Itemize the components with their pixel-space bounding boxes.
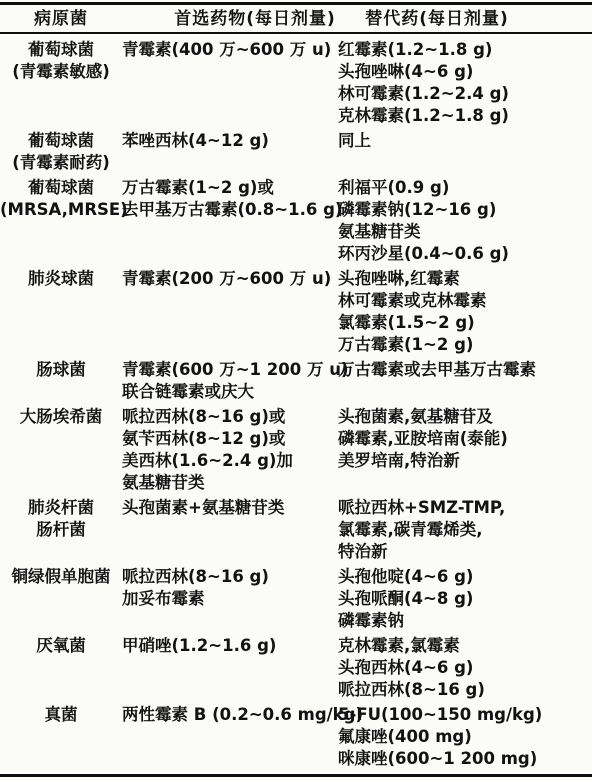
alternative-line: 环丙沙星(0.4~0.6 g) [338,243,592,265]
alternative-line: 林可霉素(1.2~2.4 g) [338,83,592,105]
pathogen-line: 葡萄球菌 [0,39,122,61]
alternatives-cell: 同上 [338,130,592,174]
header-first-choice-drug: 首选药物(每日剂量) [122,9,338,29]
first-choice-line: 万古霉素(1~2 g)或 [122,177,338,199]
pathogen-line: 肺炎杆菌 [0,497,122,519]
first-choice-line: 联合链霉素或庆大 [122,381,338,403]
pathogen-line: 厌氧菌 [0,635,122,657]
pathogen-cell: 大肠埃希菌 [0,406,122,494]
first-choice-cell: 青霉素(200 万~600 万 u) [122,268,338,356]
pathogen-line: (青霉素敏感) [0,61,122,83]
pathogen-cell: 葡萄球菌(MRSA,MRSE) [0,177,122,265]
first-choice-line: 青霉素(200 万~600 万 u) [122,268,338,290]
table-row: 葡萄球菌(青霉素敏感) 青霉素(400 万~600 万 u) 红霉素(1.2~1… [0,39,592,127]
pathogen-cell: 肺炎球菌 [0,268,122,356]
pathogen-line: 葡萄球菌 [0,130,122,152]
table-row: 葡萄球菌(MRSA,MRSE) 万古霉素(1~2 g)或去甲基万古霉素(0.8~… [0,177,592,265]
alternative-line: 氨基糖苷类 [338,221,592,243]
alternatives-cell: 利福平(0.9 g)磷霉素钠(12~16 g)氨基糖苷类环丙沙星(0.4~0.6… [338,177,592,265]
alternative-line: 红霉素(1.2~1.8 g) [338,39,592,61]
alternative-line: 克林霉素,氯霉素 [338,635,592,657]
alternatives-cell: 头孢唑啉,红霉素林可霉素或克林霉素氯霉素(1.5~2 g)万古霉素(1~2 g) [338,268,592,356]
alternative-line: 氟康唑(400 mg) [338,726,592,748]
alternative-line: 万古霉素(1~2 g) [338,334,592,356]
alternative-line: 利福平(0.9 g) [338,177,592,199]
alternative-line: 氯霉素(1.5~2 g) [338,312,592,334]
alternative-line: 万古霉素或去甲基万古霉素 [338,359,592,381]
alternative-line: 头孢唑啉(4~6 g) [338,61,592,83]
table-bottom-rule [0,774,592,777]
first-choice-cell: 哌拉西林(8~16 g)加妥布霉素 [122,566,338,632]
first-choice-line: 去甲基万古霉素(0.8~1.6 g) [122,199,338,221]
first-choice-line: 青霉素(400 万~600 万 u) [122,39,338,61]
first-choice-cell: 两性霉素 B (0.2~0.6 mg/kg) [122,704,338,770]
pathogen-cell: 肠球菌 [0,359,122,403]
first-choice-cell: 头孢菌素+氨基糖苷类 [122,497,338,563]
table-row: 葡萄球菌(青霉素耐药) 苯唑西林(4~12 g) 同上 [0,130,592,174]
first-choice-line: 哌拉西林(8~16 g) [122,566,338,588]
pathogen-cell: 厌氧菌 [0,635,122,701]
table-row: 真菌 两性霉素 B (0.2~0.6 mg/kg) 5-FU(100~150 m… [0,704,592,770]
table-body: 葡萄球菌(青霉素敏感) 青霉素(400 万~600 万 u) 红霉素(1.2~1… [0,34,592,772]
first-choice-line: 氨苄西林(8~12 g)或 [122,428,338,450]
scanned-document-page: 病原菌 首选药物(每日剂量) 替代药(每日剂量) 葡萄球菌(青霉素敏感) 青霉素… [0,0,592,782]
pathogen-line: 肠杆菌 [0,519,122,541]
table-row: 肠球菌 青霉素(600 万~1 200 万 u)联合链霉素或庆大 万古霉素或去甲… [0,359,592,403]
header-alternative-drug: 替代药(每日剂量) [338,9,592,29]
header-pathogen: 病原菌 [0,9,122,29]
alternative-line: 哌拉西林+SMZ-TMP, [338,497,592,519]
alternative-line: 磷霉素钠(12~16 g) [338,199,592,221]
pathogen-line: 大肠埃希菌 [0,406,122,428]
alternative-line: 哌拉西林(8~16 g) [338,679,592,701]
alternative-line: 头孢他啶(4~6 g) [338,566,592,588]
alternative-line: 咪康唑(600~1 200 mg) [338,748,592,770]
alternatives-cell: 红霉素(1.2~1.8 g)头孢唑啉(4~6 g)林可霉素(1.2~2.4 g)… [338,39,592,127]
alternative-line: 同上 [338,130,592,152]
alternative-line: 克林霉素(1.2~1.8 g) [338,105,592,127]
pathogen-line: 肺炎球菌 [0,268,122,290]
table-row: 大肠埃希菌 哌拉西林(8~16 g)或氨苄西林(8~12 g)或美西林(1.6~… [0,406,592,494]
first-choice-cell: 青霉素(400 万~600 万 u) [122,39,338,127]
first-choice-cell: 甲硝唑(1.2~1.6 g) [122,635,338,701]
table-row: 肺炎杆菌肠杆菌 头孢菌素+氨基糖苷类 哌拉西林+SMZ-TMP,氯霉素,碳青霉烯… [0,497,592,563]
alternative-line: 美罗培南,特治新 [338,450,592,472]
first-choice-cell: 万古霉素(1~2 g)或去甲基万古霉素(0.8~1.6 g) [122,177,338,265]
alternative-line: 头孢菌素,氨基糖苷及 [338,406,592,428]
alternative-line: 氯霉素,碳青霉烯类, [338,519,592,541]
alternatives-cell: 头孢他啶(4~6 g)头孢哌酮(4~8 g)磷霉素钠 [338,566,592,632]
alternative-line: 磷霉素,亚胺培南(泰能) [338,428,592,450]
pathogen-cell: 葡萄球菌(青霉素耐药) [0,130,122,174]
pathogen-line: (MRSA,MRSE) [0,199,122,221]
alternatives-cell: 5-FU(100~150 mg/kg)氟康唑(400 mg)咪康唑(600~1 … [338,704,592,770]
alternative-line: 特治新 [338,541,592,563]
first-choice-cell: 青霉素(600 万~1 200 万 u)联合链霉素或庆大 [122,359,338,403]
first-choice-line: 青霉素(600 万~1 200 万 u) [122,359,338,381]
pathogen-line: 肠球菌 [0,359,122,381]
alternative-line: 头孢哌酮(4~8 g) [338,588,592,610]
alternative-line: 头孢西林(4~6 g) [338,657,592,679]
pathogen-cell: 铜绿假单胞菌 [0,566,122,632]
first-choice-line: 甲硝唑(1.2~1.6 g) [122,635,338,657]
table-row: 肺炎球菌 青霉素(200 万~600 万 u) 头孢唑啉,红霉素林可霉素或克林霉… [0,268,592,356]
first-choice-line: 苯唑西林(4~12 g) [122,130,338,152]
pathogen-line: 真菌 [0,704,122,726]
pathogen-line: (青霉素耐药) [0,152,122,174]
alternatives-cell: 哌拉西林+SMZ-TMP,氯霉素,碳青霉烯类,特治新 [338,497,592,563]
alternatives-cell: 万古霉素或去甲基万古霉素 [338,359,592,403]
table-row: 厌氧菌 甲硝唑(1.2~1.6 g) 克林霉素,氯霉素头孢西林(4~6 g)哌拉… [0,635,592,701]
pathogen-cell: 肺炎杆菌肠杆菌 [0,497,122,563]
pathogen-line: 葡萄球菌 [0,177,122,199]
alternative-line: 磷霉素钠 [338,610,592,632]
alternative-line: 林可霉素或克林霉素 [338,290,592,312]
alternative-line: 5-FU(100~150 mg/kg) [338,704,592,726]
first-choice-cell: 哌拉西林(8~16 g)或氨苄西林(8~12 g)或美西林(1.6~2.4 g)… [122,406,338,494]
alternatives-cell: 克林霉素,氯霉素头孢西林(4~6 g)哌拉西林(8~16 g) [338,635,592,701]
first-choice-line: 氨基糖苷类 [122,472,338,494]
table-header-row: 病原菌 首选药物(每日剂量) 替代药(每日剂量) [0,5,592,34]
pathogen-line: 铜绿假单胞菌 [0,566,122,588]
first-choice-line: 加妥布霉素 [122,588,338,610]
table-row: 铜绿假单胞菌 哌拉西林(8~16 g)加妥布霉素 头孢他啶(4~6 g)头孢哌酮… [0,566,592,632]
first-choice-cell: 苯唑西林(4~12 g) [122,130,338,174]
first-choice-line: 哌拉西林(8~16 g)或 [122,406,338,428]
alternative-line: 头孢唑啉,红霉素 [338,268,592,290]
pathogen-cell: 真菌 [0,704,122,770]
first-choice-line: 美西林(1.6~2.4 g)加 [122,450,338,472]
first-choice-line: 两性霉素 B (0.2~0.6 mg/kg) [122,704,338,726]
pathogen-cell: 葡萄球菌(青霉素敏感) [0,39,122,127]
first-choice-line: 头孢菌素+氨基糖苷类 [122,497,338,519]
alternatives-cell: 头孢菌素,氨基糖苷及磷霉素,亚胺培南(泰能)美罗培南,特治新 [338,406,592,494]
